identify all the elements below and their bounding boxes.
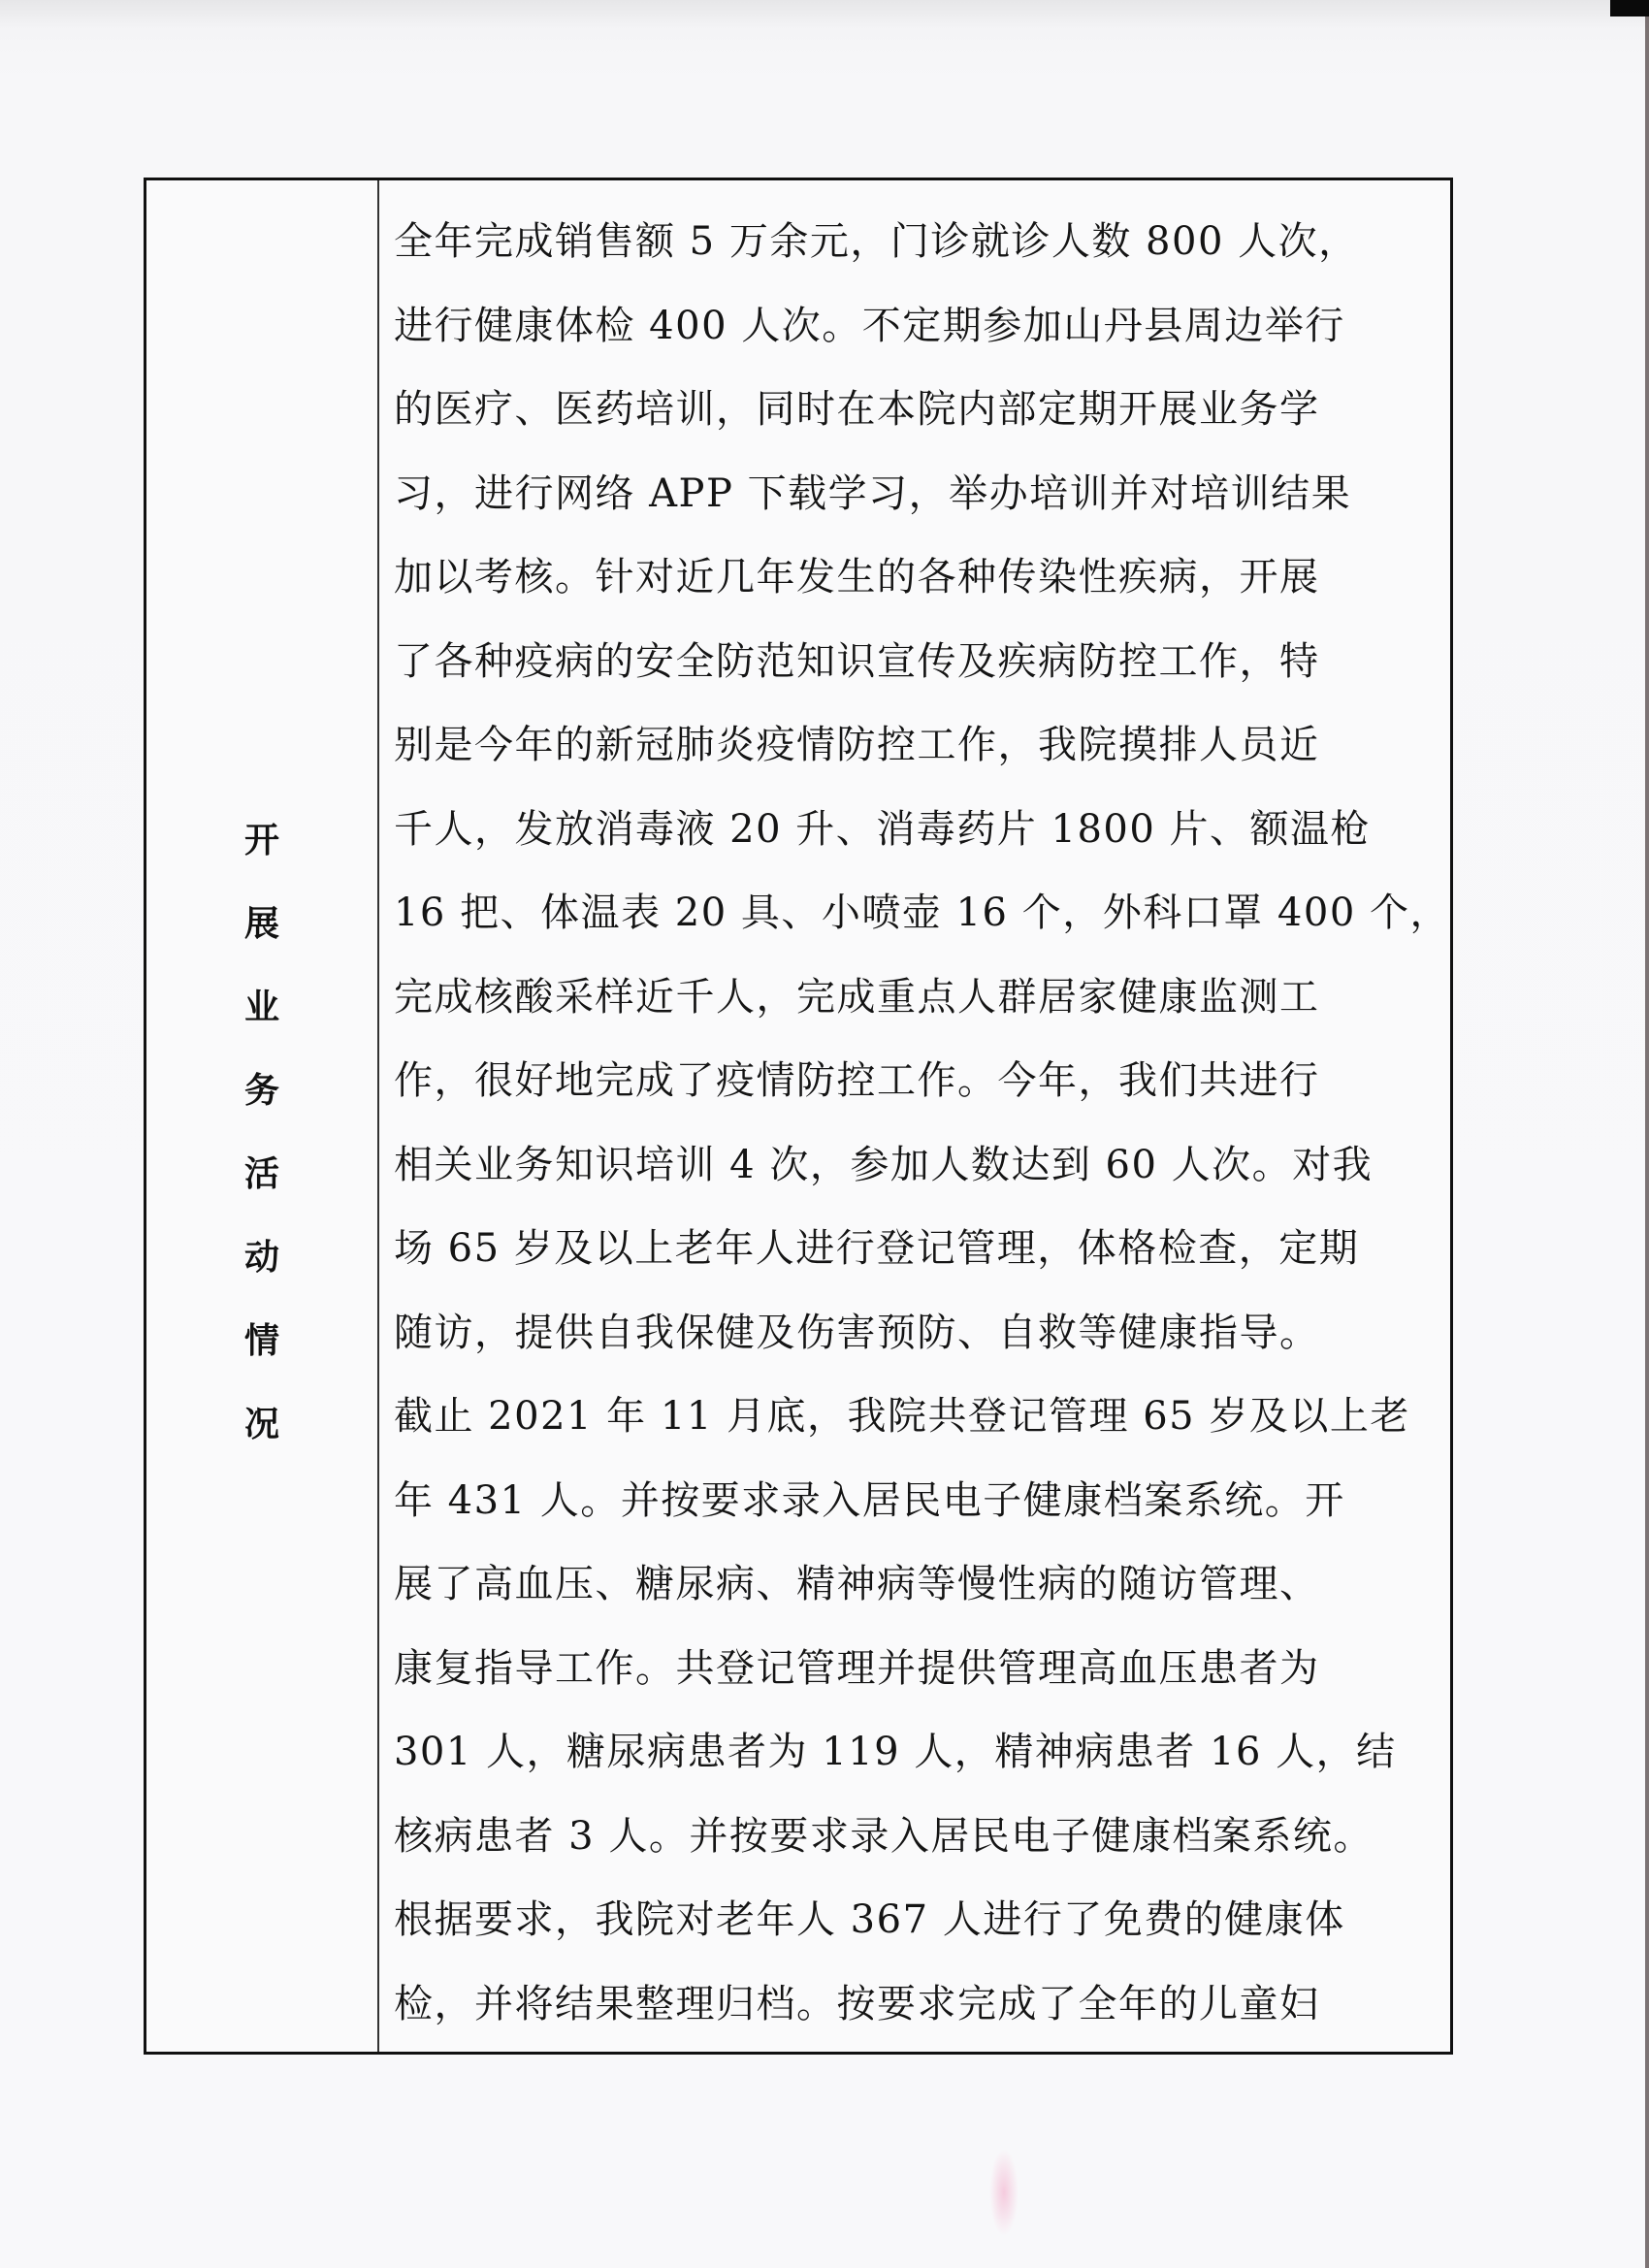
scan-right-edge	[1645, 16, 1649, 2268]
content-line: 截止 2021 年 11 月底，我院共登记管理 65 岁及以上老	[394, 1375, 1450, 1459]
content-line: 加以考核。针对近几年发生的各种传染性疾病，开展	[394, 535, 1450, 620]
section-label-char: 业	[244, 966, 279, 1050]
content-line: 展了高血压、糖尿病、精神病等慢性病的随访管理、	[394, 1542, 1450, 1627]
section-label-char: 况	[244, 1383, 279, 1467]
content-line: 全年完成销售额 5 万余元，门诊就诊人数 800 人次，	[394, 200, 1450, 284]
report-table: 开 展 业 务 活 动 情 况 全年完成销售额 5 万余元，门诊就诊人数 800…	[144, 178, 1453, 2055]
section-label-char: 情	[244, 1300, 279, 1383]
content-line: 根据要求，我院对老年人 367 人进行了免费的健康体	[394, 1878, 1450, 1962]
section-label-char: 动	[244, 1216, 279, 1300]
section-label-char: 活	[244, 1133, 279, 1216]
content-line: 了各种疫病的安全防范知识宣传及疾病防控工作，特	[394, 620, 1450, 704]
content-line: 年 431 人。并按要求录入居民电子健康档案系统。开	[394, 1459, 1450, 1543]
section-label-char: 开	[244, 799, 279, 883]
content-line: 完成核酸采样近千人，完成重点人群居家健康监测工	[394, 956, 1450, 1040]
content-line: 习，进行网络 APP 下载学习，举办培训并对培训结果	[394, 452, 1450, 536]
content-line: 相关业务知识培训 4 次，参加人数达到 60 人次。对我	[394, 1123, 1450, 1208]
content-line: 301 人，糖尿病患者为 119 人，精神病患者 16 人，结	[394, 1710, 1450, 1795]
content-line: 场 65 岁及以上老年人进行登记管理，体格检查，定期	[394, 1207, 1450, 1291]
section-label-char: 务	[244, 1050, 279, 1133]
content-line: 16 把、体温表 20 具、小喷壶 16 个，外科口罩 400 个，	[394, 871, 1450, 956]
content-line: 的医疗、医药培训，同时在本院内部定期开展业务学	[394, 368, 1450, 452]
content-line: 千人，发放消毒液 20 升、消毒药片 1800 片、额温枪	[394, 788, 1450, 872]
content-line: 检，并将结果整理归档。按要求完成了全年的儿童妇	[394, 1962, 1450, 2047]
content-cell: 全年完成销售额 5 万余元，门诊就诊人数 800 人次， 进行健康体检 400 …	[379, 180, 1450, 2052]
scan-corner-mark	[1610, 0, 1649, 16]
section-label-vertical: 开 展 业 务 活 动 情 况	[146, 799, 377, 1467]
content-line: 进行健康体检 400 人次。不定期参加山丹县周边举行	[394, 284, 1450, 369]
ink-stamp-smudge	[989, 2149, 1018, 2236]
content-line: 随访，提供自我保健及伤害预防、自救等健康指导。	[394, 1291, 1450, 1376]
content-line: 核病患者 3 人。并按要求录入居民电子健康档案系统。	[394, 1795, 1450, 1879]
section-label-cell: 开 展 业 务 活 动 情 况	[146, 180, 379, 2052]
section-label-char: 展	[244, 883, 279, 966]
content-line: 康复指导工作。共登记管理并提供管理高血压患者为	[394, 1627, 1450, 1711]
content-line: 作，很好地完成了疫情防控工作。今年，我们共进行	[394, 1039, 1450, 1123]
content-line: 别是今年的新冠肺炎疫情防控工作，我院摸排人员近	[394, 703, 1450, 788]
